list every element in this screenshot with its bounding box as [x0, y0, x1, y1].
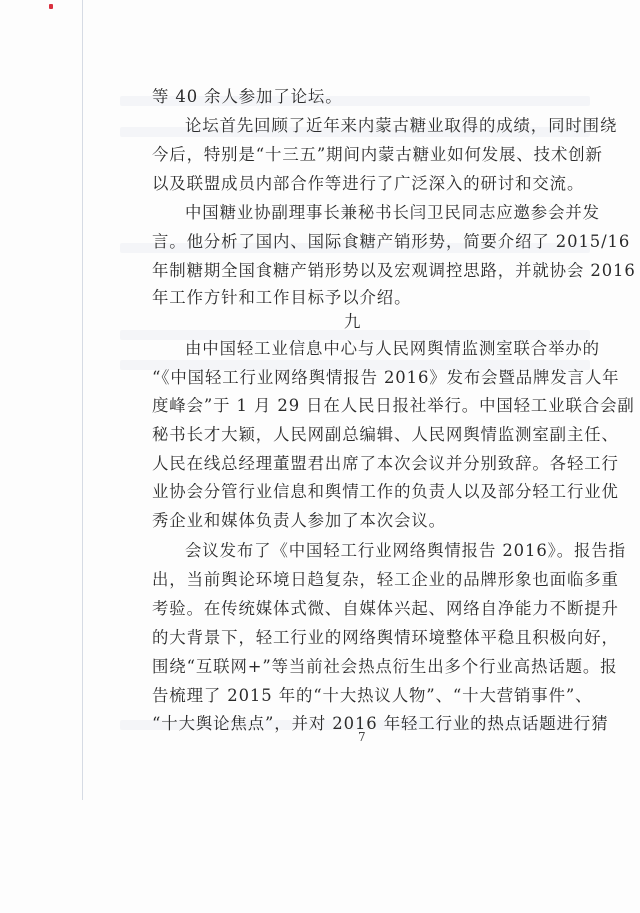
- text-line: 围绕“互联网+”等当前社会热点衍生出多个行业高热话题。报: [152, 656, 572, 678]
- text-line: 会议发布了《中国轻工行业网络舆情报告 2016》。报告指: [185, 540, 572, 562]
- text-line: 秘书长才大颖，人民网副总编辑、人民网舆情监测室副主任、: [152, 424, 572, 446]
- text-line: 今后，特别是“十三五”期间内蒙古糖业如何发展、技术创新: [152, 144, 572, 166]
- text-line: 人民在线总经理董盟君出席了本次会议并分别致辞。各轻工行: [152, 453, 572, 475]
- red-ink-mark: [49, 4, 53, 9]
- text-line: 以及联盟成员内部合作等进行了广泛深入的研讨和交流。: [152, 173, 572, 195]
- text-line: 秀企业和媒体负责人参加了本次会议。: [152, 510, 572, 532]
- text-line: 出，当前舆论环境日趋复杂，轻工企业的品牌形象也面临多重: [152, 569, 572, 591]
- text-line: 考验。在传统媒体式微、自媒体兴起、网络自净能力不断提升: [152, 598, 572, 620]
- text-line: 等 40 余人参加了论坛。: [152, 86, 572, 108]
- document-page: 等 40 余人参加了论坛。论坛首先回顾了近年来内蒙古糖业取得的成绩，同时围绕今后…: [0, 0, 640, 913]
- text-line: 告梳理了 2015 年的“十大热议人物”、“十大营销事件”、: [152, 685, 572, 707]
- text-line: 年制糖期全国食糖产销形势以及宏观调控思路，并就协会 2016: [152, 260, 572, 282]
- text-line: 论坛首先回顾了近年来内蒙古糖业取得的成绩，同时围绕: [185, 115, 572, 137]
- text-line: 言。他分析了国内、国际食糖产销形势，简要介绍了 2015/16: [152, 231, 572, 253]
- section-heading: 九: [344, 311, 360, 333]
- text-line: “《中国轻工行业网络舆情报告 2016》发布会暨品牌发言人年: [152, 367, 572, 389]
- text-line: 度峰会”于 1 月 29 日在人民日报社举行。中国轻工业联合会副: [152, 395, 572, 417]
- margin-rule: [82, 0, 83, 800]
- text-line: 的大背景下，轻工行业的网络舆情环境整体平稳且积极向好，: [152, 627, 572, 649]
- text-line: 由中国轻工业信息中心与人民网舆情监测室联合举办的: [185, 338, 572, 360]
- text-line: 中国糖业协副理事长兼秘书长闫卫民同志应邀参会并发: [185, 202, 572, 224]
- text-line: 年工作方针和工作目标予以介绍。: [152, 287, 572, 309]
- page-number: 7: [358, 730, 366, 744]
- text-line: 业协会分管行业信息和舆情工作的负责人以及部分轻工行业优: [152, 481, 572, 503]
